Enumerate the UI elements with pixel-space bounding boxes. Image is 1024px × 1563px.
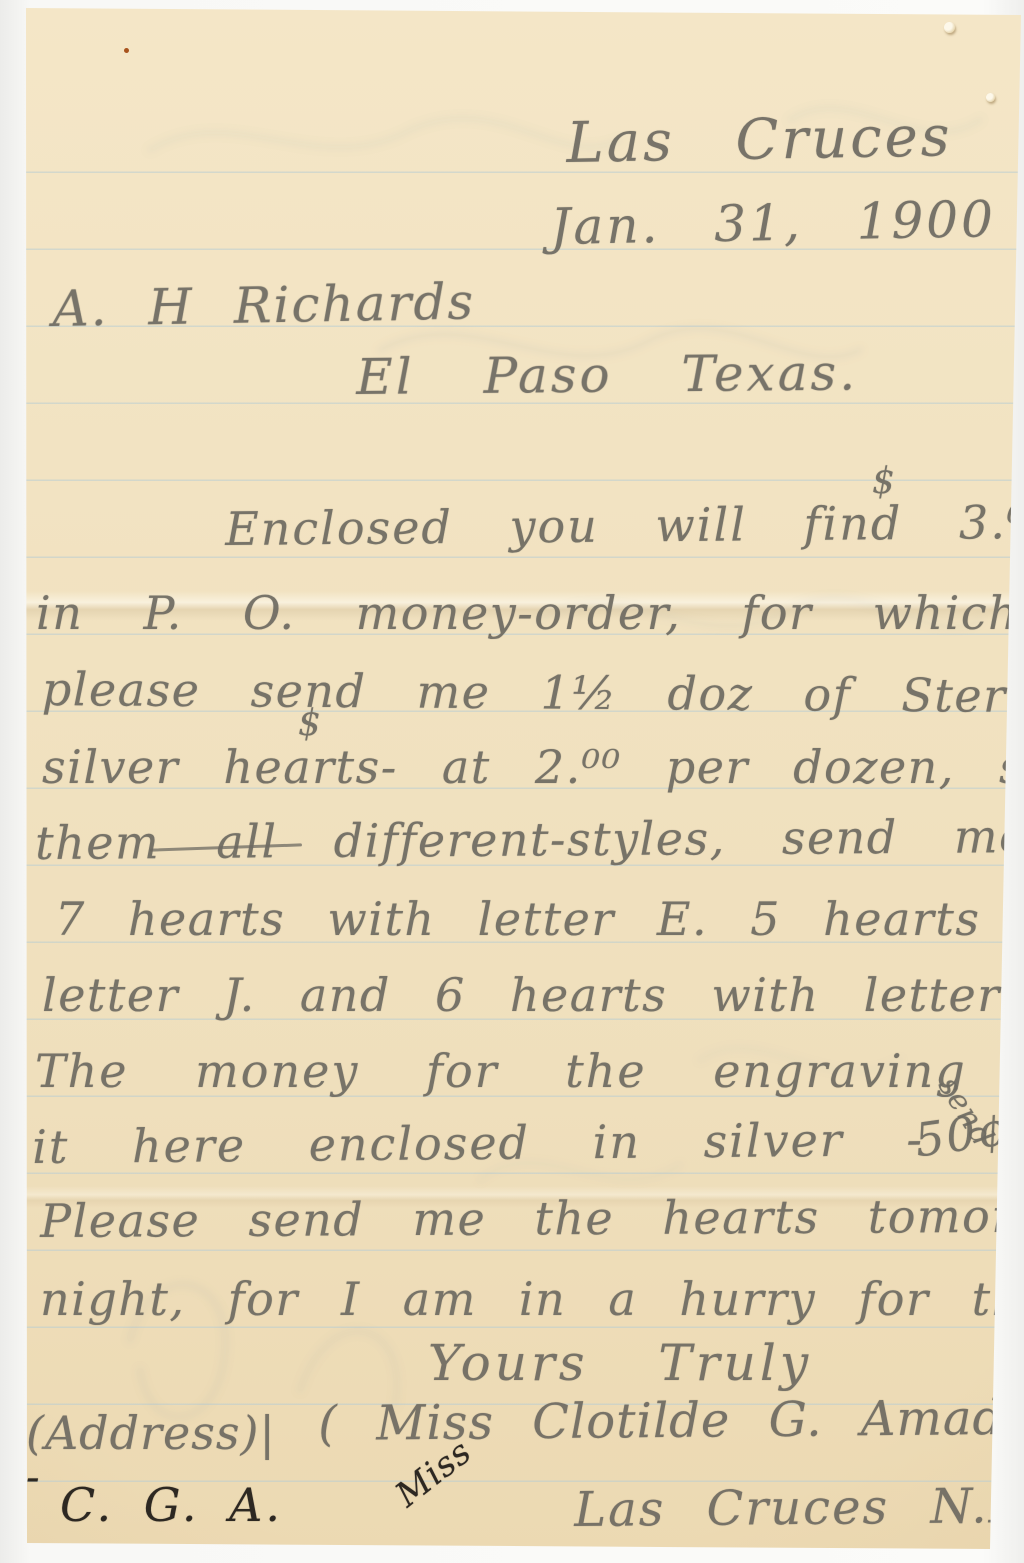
letter-line-body-7: letter J. and 6 hearts with letter G. xyxy=(42,972,1024,1018)
letter-line-dollar-sign-2: $ xyxy=(298,706,321,742)
letter-line-engraving-amount: 50¢ xyxy=(912,1105,1011,1164)
letter-line-initials: C. G. A. xyxy=(60,1482,283,1528)
letter-line-body-10: Please send me the hearts tomorrow xyxy=(40,1192,1024,1244)
pinhole-lower xyxy=(986,93,995,102)
letter-line-body-2: in P. O. money-order, for which xyxy=(36,590,1019,636)
letter-line-signature: ( Miss Clotilde G. Amador xyxy=(318,1394,1024,1448)
letter-line-date: Jan. 31, 1900 xyxy=(550,194,996,252)
paper-speck xyxy=(124,48,129,53)
letter-line-place: Las Cruces xyxy=(566,109,953,172)
scanned-letter-background: Las CrucesJan. 31, 1900A. H RichardsEl P… xyxy=(0,0,1024,1563)
letter-line-recipient-city: El Paso Texas. xyxy=(356,348,858,402)
letter-line-signature-place: Las Cruces N.M. xyxy=(574,1482,1024,1534)
letter-line-body-5: them all different-styles, send me xyxy=(35,813,1024,866)
letter-line-closing: Yours Truly xyxy=(428,1338,812,1388)
letter-line-body-3: please send me 1½ doz of Sterling xyxy=(42,666,1024,719)
letter-line-body-4: silver hearts- at 2.⁰⁰ per dozen, send xyxy=(42,744,1024,790)
letter-line-body-11: night, for I am in a hurry for them. xyxy=(40,1276,1024,1322)
letter-line-dollar-sign-1: $ xyxy=(872,464,895,500)
letter-line-recipient: A. H Richards xyxy=(52,277,475,334)
letter-line-body-9: it here enclosed in silver - xyxy=(32,1116,924,1170)
letter-line-body-8: The money for the engraving I xyxy=(35,1048,1024,1094)
letter-line-body-1: Enclosed you will find 3.⁰⁰ xyxy=(225,499,1024,552)
pinhole-top xyxy=(944,22,955,33)
letter-line-margin-dash: - xyxy=(26,1458,40,1498)
letter-paper: Las CrucesJan. 31, 1900A. H RichardsEl P… xyxy=(0,0,1024,1563)
letter-line-address-note: (Address)| xyxy=(26,1410,276,1456)
letter-line-body-6: 7 hearts with letter E. 5 hearts with xyxy=(55,896,1024,942)
